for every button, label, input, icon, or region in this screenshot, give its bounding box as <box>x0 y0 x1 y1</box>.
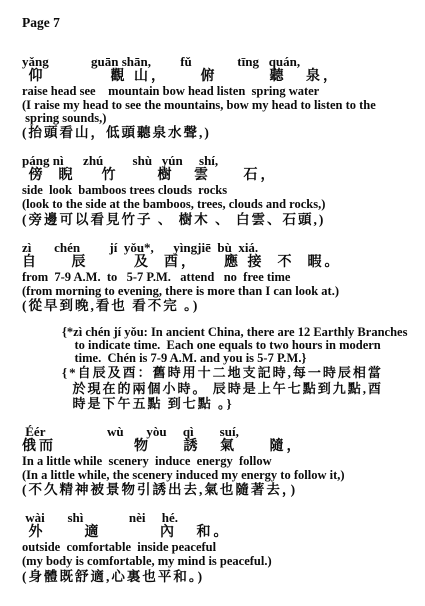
hanzi-line: 仰 觀 山， 俯 聽 泉， <box>22 69 420 85</box>
word-gloss-line: from 7-9 A.M. to 5-7 P.M. attend no free… <box>22 271 420 284</box>
footnote-block: {*zì chén jí yǒu: In ancient China, ther… <box>62 326 420 412</box>
hanzi-line: 外 適 內 和。 <box>22 525 420 541</box>
chinese-translation: (不久精神被景物引誘出去,氣也隨著去，) <box>22 481 420 498</box>
english-translation: (I raise my head to see the mountains, b… <box>22 99 420 124</box>
word-gloss-line: In a little while scenery induce energy … <box>22 455 420 468</box>
word-gloss-line: raise head see mountain bow head listen … <box>22 85 420 98</box>
footnote-english: {*zì chén jí yǒu: In ancient China, ther… <box>62 326 420 365</box>
verse-block-2: páng nì zhú shù yún shí, 傍 睨 竹 樹 雲 石， si… <box>22 153 420 228</box>
pinyin-line: páng nì zhú shù yún shí, <box>22 153 420 168</box>
pinyin-line: zì chén jí yǒu*, yìngjiē bù xiá. <box>22 240 420 255</box>
chinese-translation: (身體既舒適,心裏也平和。) <box>22 568 420 585</box>
page-label: Page 7 <box>22 16 420 30</box>
verse-block-1: yǎng guān shān, fǔ tīng quán, 仰 觀 山， 俯 聽… <box>22 54 420 141</box>
pinyin-line: wài shì nèi hé. <box>22 510 420 525</box>
english-translation: (In a little while, the scenery induced … <box>22 469 420 482</box>
verse-block-3: zì chén jí yǒu*, yìngjiē bù xiá. 自 辰 及 酉… <box>22 240 420 315</box>
verse-block-4: Éér wù yòu qì suí, 俄而 物 誘 氣 隨， In a litt… <box>22 424 420 499</box>
hanzi-line: 俄而 物 誘 氣 隨， <box>22 439 420 455</box>
book-page: Page 7 yǎng guān shān, fǔ tīng quán, 仰 觀… <box>0 0 425 606</box>
hanzi-line: 自 辰 及 酉， 應 接 不 暇。 <box>22 255 420 271</box>
word-gloss-line: side look bamboos trees clouds rocks <box>22 184 420 197</box>
english-translation: (look to the side at the bamboos, trees,… <box>22 198 420 211</box>
pinyin-line: yǎng guān shān, fǔ tīng quán, <box>22 54 420 69</box>
footnote-chinese: {*自辰及酉：舊時用十二地支記時,每一時辰相當 於現在的兩個小時。 辰時是上午七… <box>62 365 420 412</box>
english-translation: (my body is comfortable, my mind is peac… <box>22 555 420 568</box>
chinese-translation: (抬頭看山，低頭聽泉水聲,) <box>22 124 420 141</box>
chinese-translation: (從早到晚,看也 看不完 。) <box>22 297 420 314</box>
english-translation: (from morning to evening, there is more … <box>22 285 420 298</box>
pinyin-line: Éér wù yòu qì suí, <box>22 424 420 439</box>
chinese-translation: (旁邊可以看見竹子 、 樹木 、 白雲、石頭,) <box>22 211 420 228</box>
word-gloss-line: outside comfortable inside peaceful <box>22 541 420 554</box>
hanzi-line: 傍 睨 竹 樹 雲 石， <box>22 168 420 184</box>
verse-block-5: wài shì nèi hé. 外 適 內 和。 outside comfort… <box>22 510 420 585</box>
